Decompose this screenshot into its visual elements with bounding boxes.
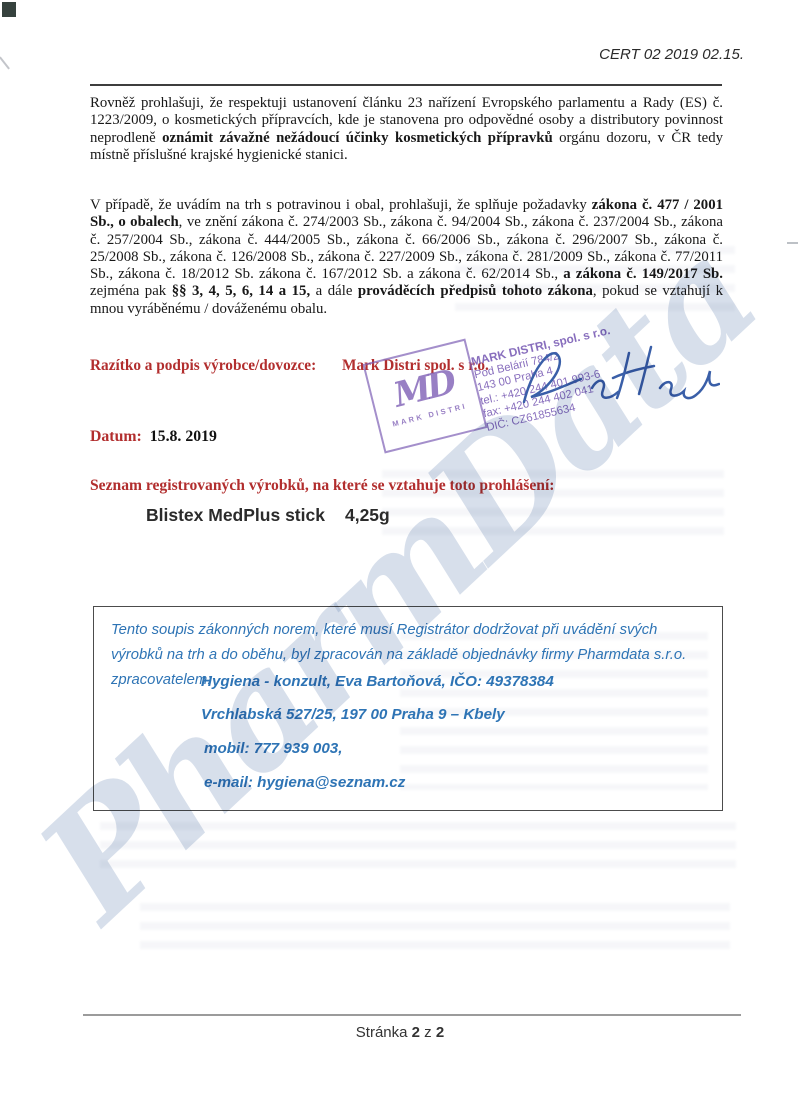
date-label: Datum: bbox=[90, 428, 142, 445]
contact-mobile: mobil: 777 939 003, bbox=[204, 740, 342, 757]
scan-edge-dash bbox=[787, 242, 798, 244]
product-name: Blistex MedPlus stick bbox=[146, 505, 325, 525]
scanned-document-page: { "header": { "ref_code": "CERT 02 2019 … bbox=[0, 0, 800, 1100]
page-number-footer: Stránka 2 z 2 bbox=[0, 1024, 800, 1041]
document-reference-code: CERT 02 2019 02.15. bbox=[599, 46, 744, 63]
bleedthrough-ghost-text bbox=[140, 903, 730, 957]
contact-name: Hygiena - konzult, Eva Bartoňová, IČO: 4… bbox=[201, 673, 554, 690]
registered-products-heading: Seznam registrovaných výrobků, na které … bbox=[90, 477, 555, 495]
product-list-item: Blistex MedPlus stick4,25g bbox=[146, 505, 390, 526]
declaration-paragraph-cosmetics: Rovněž prohlašuji, že respektuji ustanov… bbox=[90, 95, 723, 164]
contact-email: e-mail: hygiena@seznam.cz bbox=[204, 774, 405, 791]
stamp-signature-label: Razítko a podpis výrobce/dovozce: bbox=[90, 357, 316, 375]
date-value: 15.8. 2019 bbox=[150, 428, 217, 445]
registrar-info-box: Tento soupis zákonných norem, které musí… bbox=[93, 606, 723, 811]
scan-edge-scratch bbox=[0, 56, 10, 69]
header-divider-line bbox=[90, 84, 722, 86]
scan-corner-artifact bbox=[2, 2, 16, 17]
bleedthrough-ghost-text bbox=[100, 822, 736, 872]
date-row: Datum:15.8. 2019 bbox=[90, 428, 217, 446]
contact-address: Vrchlabská 527/25, 197 00 Praha 9 – Kbel… bbox=[201, 706, 505, 723]
footer-divider-line bbox=[83, 1014, 741, 1016]
declaration-paragraph-packaging-law: V případě, že uvádím na trh s potravinou… bbox=[90, 197, 723, 318]
company-rubber-stamp-logo: MD MARK DISTRI bbox=[362, 339, 487, 454]
handwritten-signature bbox=[508, 336, 720, 432]
product-weight: 4,25g bbox=[345, 505, 390, 525]
